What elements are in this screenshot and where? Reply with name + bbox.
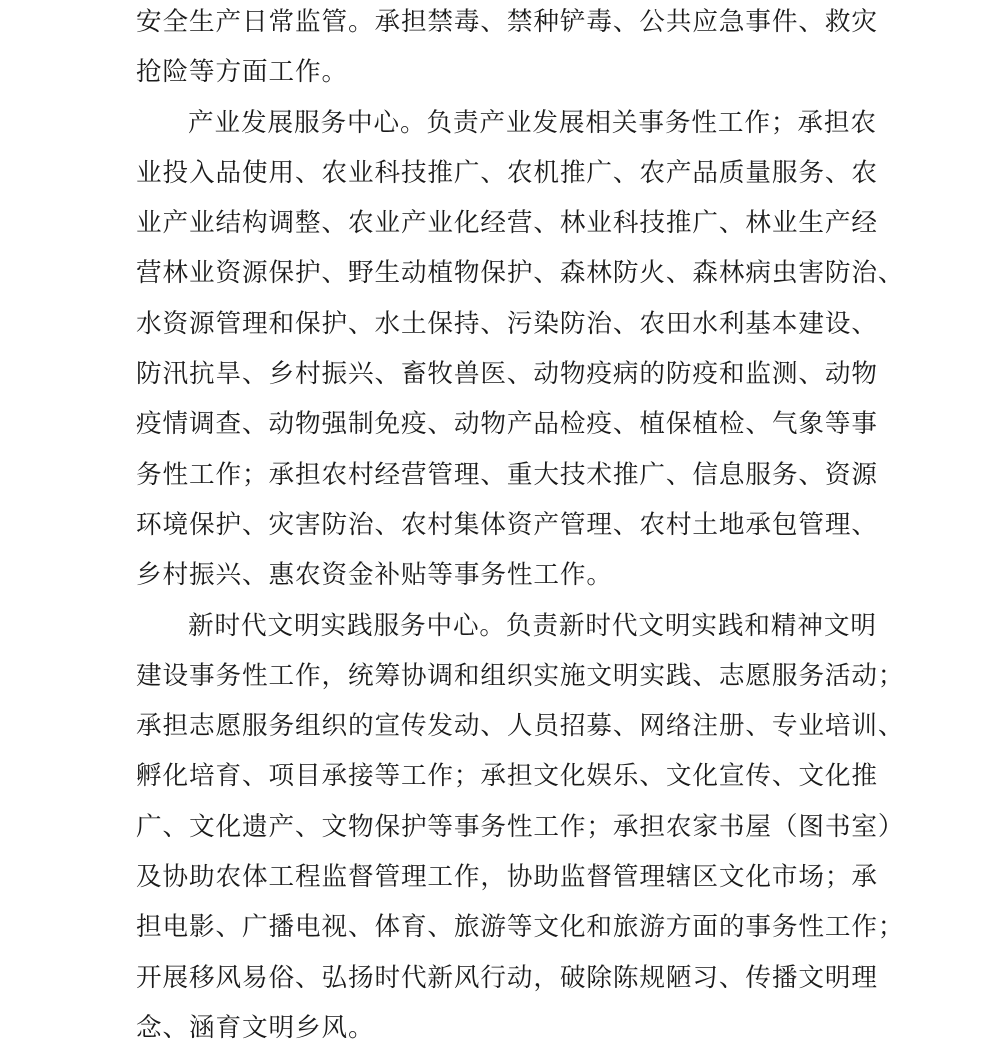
text-line: 安全生产日常监管。承担禁毒、禁种铲毒、公共应急事件、救灾 [136, 0, 896, 47]
text-line: 新时代文明实践服务中心。负责新时代文明实践和精神文明 [136, 601, 896, 651]
text-line: 务性工作；承担农村经营管理、重大技术推广、信息服务、资源 [136, 450, 896, 500]
text-line: 疫情调查、动物强制免疫、动物产品检疫、植保植检、气象等事 [136, 399, 896, 449]
text-line: 承担志愿服务组织的宣传发动、人员招募、网络注册、专业培训、 [136, 701, 896, 751]
text-line: 广、文化遗产、文物保护等事务性工作；承担农家书屋（图书室） [136, 802, 896, 852]
document-body: 安全生产日常监管。承担禁毒、禁种铲毒、公共应急事件、救灾 抢险等方面工作。 产业… [136, 0, 896, 1053]
text-line: 业产业结构调整、农业产业化经营、林业科技推广、林业生产经 [136, 198, 896, 248]
text-line: 及协助农体工程监督管理工作，协助监督管理辖区文化市场；承 [136, 852, 896, 902]
text-line: 抢险等方面工作。 [136, 47, 896, 97]
text-line: 环境保护、灾害防治、农村集体资产管理、农村土地承包管理、 [136, 500, 896, 550]
paragraph-safety-continuation: 安全生产日常监管。承担禁毒、禁种铲毒、公共应急事件、救灾 抢险等方面工作。 [136, 0, 896, 98]
text-line: 建设事务性工作，统筹协调和组织实施文明实践、志愿服务活动； [136, 651, 896, 701]
text-line: 念、涵育文明乡风。 [136, 1003, 896, 1053]
text-line: 业投入品使用、农业科技推广、农机推广、农产品质量服务、农 [136, 148, 896, 198]
text-line: 营林业资源保护、野生动植物保护、森林防火、森林病虫害防治、 [136, 248, 896, 298]
paragraph-industry-development-center: 产业发展服务中心。负责产业发展相关事务性工作；承担农 业投入品使用、农业科技推广… [136, 98, 896, 601]
text-line: 乡村振兴、惠农资金补贴等事务性工作。 [136, 550, 896, 600]
text-line: 产业发展服务中心。负责产业发展相关事务性工作；承担农 [136, 98, 896, 148]
text-line: 孵化培育、项目承接等工作；承担文化娱乐、文化宣传、文化推 [136, 751, 896, 801]
paragraph-civilization-practice-center: 新时代文明实践服务中心。负责新时代文明实践和精神文明 建设事务性工作，统筹协调和… [136, 601, 896, 1053]
text-line: 开展移风易俗、弘扬时代新风行动，破除陈规陋习、传播文明理 [136, 953, 896, 1003]
text-line: 防汛抗旱、乡村振兴、畜牧兽医、动物疫病的防疫和监测、动物 [136, 349, 896, 399]
document-page: 安全生产日常监管。承担禁毒、禁种铲毒、公共应急事件、救灾 抢险等方面工作。 产业… [0, 0, 1000, 1053]
text-line: 担电影、广播电视、体育、旅游等文化和旅游方面的事务性工作； [136, 902, 896, 952]
text-line: 水资源管理和保护、水土保持、污染防治、农田水利基本建设、 [136, 299, 896, 349]
